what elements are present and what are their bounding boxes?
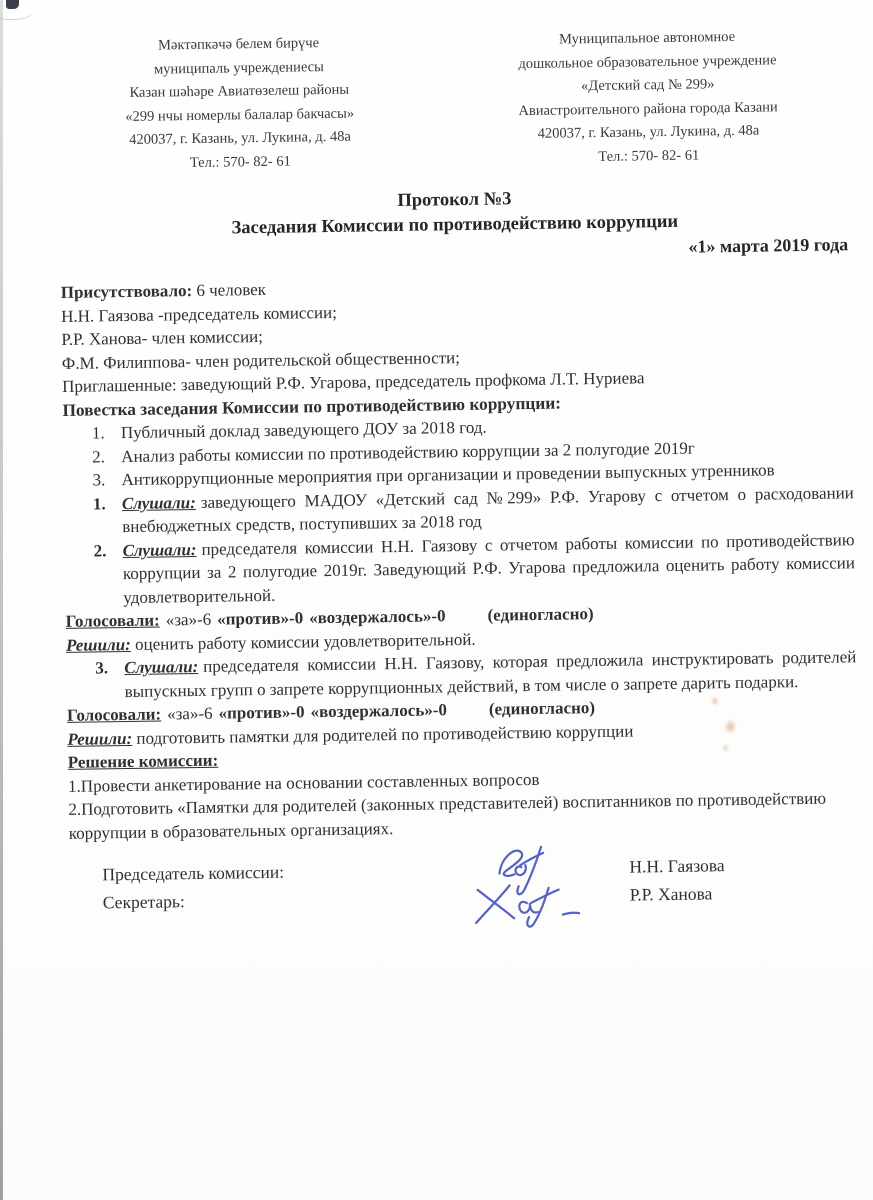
hearing-text: председателя комиссии Н.Н. Гаязову с отч…: [123, 530, 855, 607]
hearing-number: 1.: [93, 492, 106, 516]
title-block: Протокол №3 Заседания Комиссии по против…: [59, 182, 850, 268]
hearing-label: Слушали:: [122, 492, 196, 512]
vote-label: Голосовали:: [67, 705, 161, 725]
vote-for: «за»-6: [167, 704, 213, 724]
scan-corner-artifact: [0, 4, 34, 20]
vote-abstain: «воздержалось»-0: [310, 700, 447, 721]
hearing-text: председателя комиссии Н.Н. Гаязову, кото…: [125, 647, 857, 700]
resolution-text: подготовить памятки для родителей по про…: [136, 721, 633, 747]
resolution-label: Решили:: [66, 634, 131, 654]
signature-block: Председатель комиссии: Н.Н. Гаязова Секр…: [69, 850, 860, 917]
attendance-count: 6 человек: [192, 280, 266, 300]
vote-for: «за»-6: [166, 610, 212, 630]
agenda-item-text: Публичный доклад заведующего ДОУ за 2018…: [121, 418, 487, 442]
hearing-item: 2. Слушали:председателя комиссии Н.Н. Га…: [64, 528, 855, 610]
hearing-number: 2.: [93, 539, 106, 563]
agenda-item-number: 1.: [92, 421, 105, 445]
vote-abstain: «воздержалось»-0: [309, 606, 446, 627]
agenda-item-number: 2.: [92, 445, 105, 469]
vote-against: «против»-0: [218, 702, 304, 722]
vote-against: «против»-0: [217, 608, 303, 628]
resolution-label: Решили:: [67, 728, 132, 748]
vote-unanimous: (единогласно): [487, 604, 593, 625]
letterhead: Мәктәпкәчә белем бирүче муниципаль учреж…: [57, 26, 849, 179]
scanned-protocol-page: Мәктәпкәчә белем бирүче муниципаль учреж…: [0, 0, 873, 1200]
attendance-label: Присутствовало:: [61, 281, 193, 302]
scan-edge-artifact: [0, 0, 3, 1200]
document-content: Мәктәпкәчә белем бирүче муниципаль учреж…: [57, 26, 860, 917]
agenda-item-number: 3.: [92, 468, 105, 492]
resolution-text: оценить работу комиссии удовлетворительн…: [135, 629, 476, 653]
signature-role: Секретарь:: [103, 891, 185, 912]
signature-name: Р.Р. Ханова: [630, 880, 713, 909]
hearing-text: заведующего МАДОУ «Детский сад №299» Р.Ф…: [122, 483, 854, 536]
letterhead-phone: Тел.: 570- 82- 61: [77, 150, 404, 178]
hearing-label: Слушали:: [124, 657, 198, 677]
signature-role: Председатель комиссии:: [102, 862, 284, 885]
letterhead-left-tatar: Мәктәпкәчә белем бирүче муниципаль учреж…: [57, 33, 404, 179]
document-body: Присутствовало: 6 человек Н.Н. Гаязова -…: [61, 269, 860, 917]
letterhead-right-russian: Муниципальное автономное дошкольное обра…: [447, 26, 849, 173]
decision-heading: Решение комиссии:: [68, 749, 219, 775]
hearing-label: Слушали:: [122, 539, 196, 559]
hearing-number: 3.: [95, 656, 108, 680]
vote-label: Голосовали:: [66, 611, 160, 631]
signature-name: Н.Н. Гаязова: [629, 852, 725, 881]
vote-unanimous: (единогласно): [489, 698, 595, 719]
letterhead-phone: Тел.: 570- 82- 61: [449, 144, 849, 173]
